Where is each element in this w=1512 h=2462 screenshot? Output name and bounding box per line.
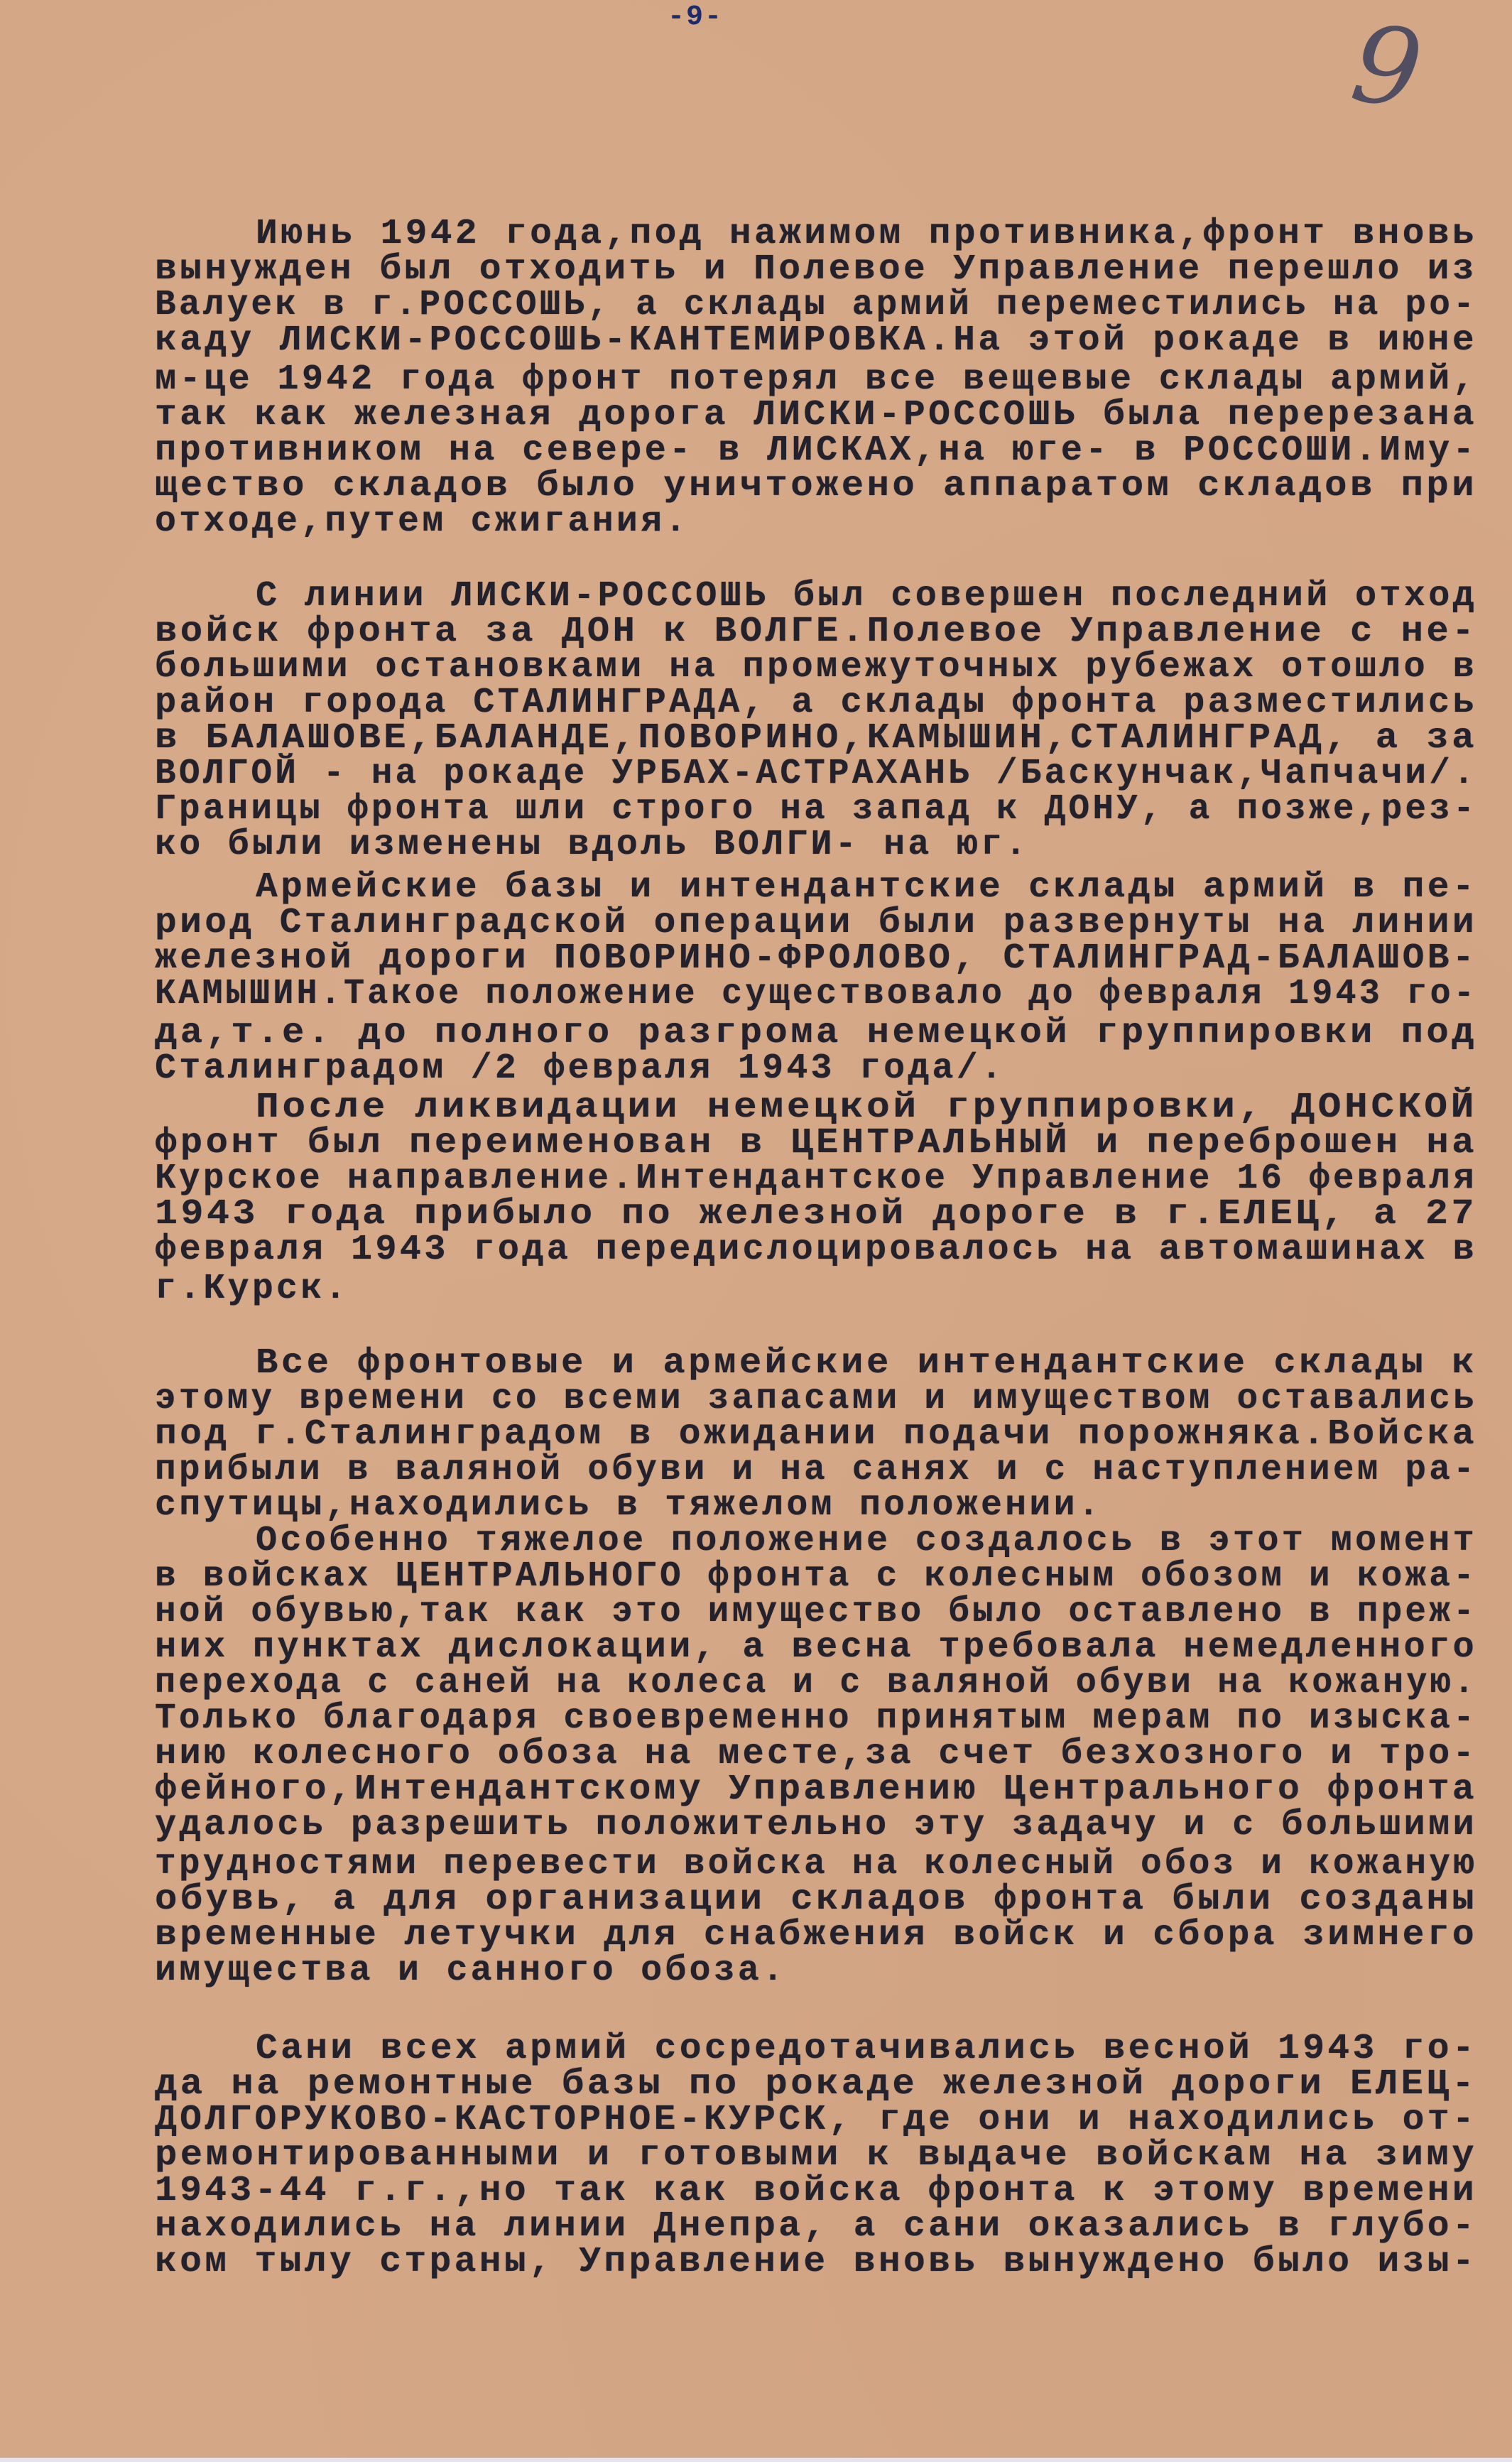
- text-line: Особенно тяжелое положение создалось в э…: [256, 1524, 1477, 1559]
- text-line: Курское направление.Интендантское Управл…: [155, 1161, 1477, 1197]
- text-line: отходе,путем сжигания.: [155, 504, 690, 540]
- text-line: Все фронтовые и армейские интендантские …: [256, 1346, 1477, 1382]
- text-line: 1943-44 г.г.,но так как войска фронта к …: [155, 2174, 1477, 2209]
- text-line: ДОЛГОРУКОВО-КАСТОРНОЕ-КУРСК, где они и н…: [155, 2103, 1477, 2138]
- archival-document-page: -9- 9 Июнь 1942 года,под нажимом противн…: [0, 0, 1512, 2462]
- text-line: да,т.е. до полного разгрома немецкой гру…: [155, 1016, 1477, 1051]
- text-line: С линии ЛИСКИ-РОССОШЬ был совершен после…: [256, 579, 1477, 614]
- text-line: Валуек в г.РОССОШЬ, а склады армий перем…: [155, 288, 1477, 323]
- text-line: этому времени со всеми запасами и имущес…: [155, 1382, 1477, 1417]
- text-line: так как железная дорога ЛИСКИ-РОССОШЬ бы…: [155, 398, 1477, 433]
- page-number: -9-: [668, 1, 723, 33]
- text-line: Сталинградом /2 февраля 1943 года/.: [155, 1051, 1005, 1087]
- text-line: ком тылу страны, Управление вновь вынужд…: [155, 2245, 1477, 2280]
- text-line: м-це 1942 года фронт потерял все вещевые…: [155, 362, 1477, 398]
- text-line: 1943 года прибыло по железной дороге в г…: [155, 1197, 1477, 1232]
- text-line: большими остановками на промежуточных ру…: [155, 650, 1477, 685]
- text-line: войск фронта за ДОН к ВОЛГЕ.Полевое Упра…: [155, 614, 1477, 650]
- text-line: прибыли в валяной обуви и на санях и с н…: [155, 1453, 1477, 1488]
- text-line: спутицы,находились в тяжелом положении.: [155, 1488, 1102, 1524]
- text-line: фейного,Интендантскому Управлению Центра…: [155, 1772, 1477, 1808]
- text-line: да на ремонтные базы по рокаде железной …: [155, 2067, 1477, 2103]
- text-line: трудностями перевести войска на колесный…: [155, 1847, 1477, 1882]
- text-line: г.Курск.: [155, 1271, 349, 1307]
- text-line: Армейские базы и интендантские склады ар…: [256, 870, 1477, 906]
- text-line: железной дороги ПОВОРИНО-ФРОЛОВО, СТАЛИН…: [155, 941, 1477, 977]
- text-line: находились на линии Днепра, а сани оказа…: [155, 2209, 1477, 2245]
- paper-bottom-edge: [0, 2458, 1512, 2462]
- text-line: ко были изменены вдоль ВОЛГИ- на юг.: [155, 828, 1029, 863]
- text-line: Только благодаря своевременно принятым м…: [155, 1701, 1477, 1737]
- text-line: ной обувью,так как это имущество было ос…: [155, 1595, 1477, 1630]
- text-line: удалось разрешить положительно эту задач…: [155, 1808, 1477, 1843]
- text-line: нию колесного обоза на месте,за счет без…: [155, 1737, 1477, 1772]
- text-line: февраля 1943 года передислоцировалось на…: [155, 1232, 1477, 1268]
- text-line: перехода с саней на колеса и с валяной о…: [155, 1666, 1477, 1701]
- text-line: в войсках ЦЕНТРАЛЬНОГО фронта с колесным…: [155, 1559, 1477, 1595]
- text-line: район города СТАЛИНГРАДА, а склады фронт…: [155, 685, 1477, 721]
- text-line: Границы фронта шли строго на запад к ДОН…: [155, 792, 1477, 828]
- text-line: риод Сталинградской операции были развер…: [155, 906, 1477, 941]
- text-line: временные летучки для снабжения войск и …: [155, 1918, 1477, 1953]
- text-line: фронт был переименован в ЦЕНТРАЛЬНЫЙ и п…: [155, 1126, 1477, 1161]
- text-line: вынужден был отходить и Полевое Управлен…: [155, 252, 1477, 288]
- text-line: в БАЛАШОВЕ,БАЛАНДЕ,ПОВОРИНО,КАМЫШИН,СТАЛ…: [155, 721, 1477, 757]
- text-line: противником на севере- в ЛИСКАХ,на юге- …: [155, 433, 1477, 469]
- text-line: ВОЛГОЙ - на рокаде УРБАХ-АСТРАХАНЬ /Баск…: [155, 757, 1477, 792]
- text-line: щество складов было уничтожено аппаратом…: [155, 469, 1477, 504]
- text-line: каду ЛИСКИ-РОССОШЬ-КАНТЕМИРОВКА.На этой …: [155, 323, 1477, 359]
- text-line: обувь, а для организации складов фронта …: [155, 1882, 1477, 1918]
- text-line: них пунктах дислокации, а весна требовал…: [155, 1630, 1477, 1666]
- text-line: КАМЫШИН.Такое положение существовало до …: [155, 977, 1477, 1012]
- text-line: ремонтированными и готовыми к выдаче вой…: [155, 2138, 1477, 2174]
- text-line: После ликвидации немецкой группировки, Д…: [256, 1090, 1477, 1126]
- text-line: имущества и санного обоза.: [155, 1953, 786, 1989]
- archive-folio-number: 9: [1346, 10, 1427, 125]
- text-line: Сани всех армий сосредотачивались весной…: [256, 2032, 1477, 2067]
- text-line: Июнь 1942 года,под нажимом противника,фр…: [256, 217, 1477, 252]
- text-line: под г.Сталинградом в ожидании подачи пор…: [155, 1417, 1477, 1453]
